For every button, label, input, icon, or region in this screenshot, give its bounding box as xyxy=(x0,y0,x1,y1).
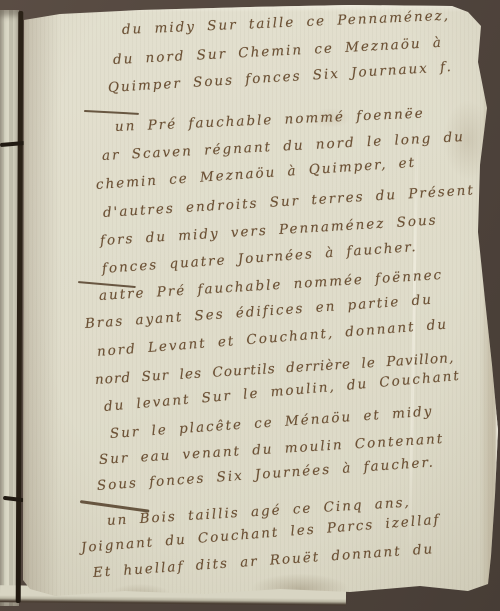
paragraph-separator-stroke xyxy=(84,110,139,115)
manuscript-line: un Pré fauchable nommé foennëe xyxy=(115,105,425,135)
manuscript-page: du midy Sur taille ce Pennaménez, du nor… xyxy=(0,0,500,611)
manuscript-line: du midy Sur taille ce Pennaménez, xyxy=(122,8,451,38)
manuscript-photo: du midy Sur taille ce Pennaménez, du nor… xyxy=(0,0,500,611)
